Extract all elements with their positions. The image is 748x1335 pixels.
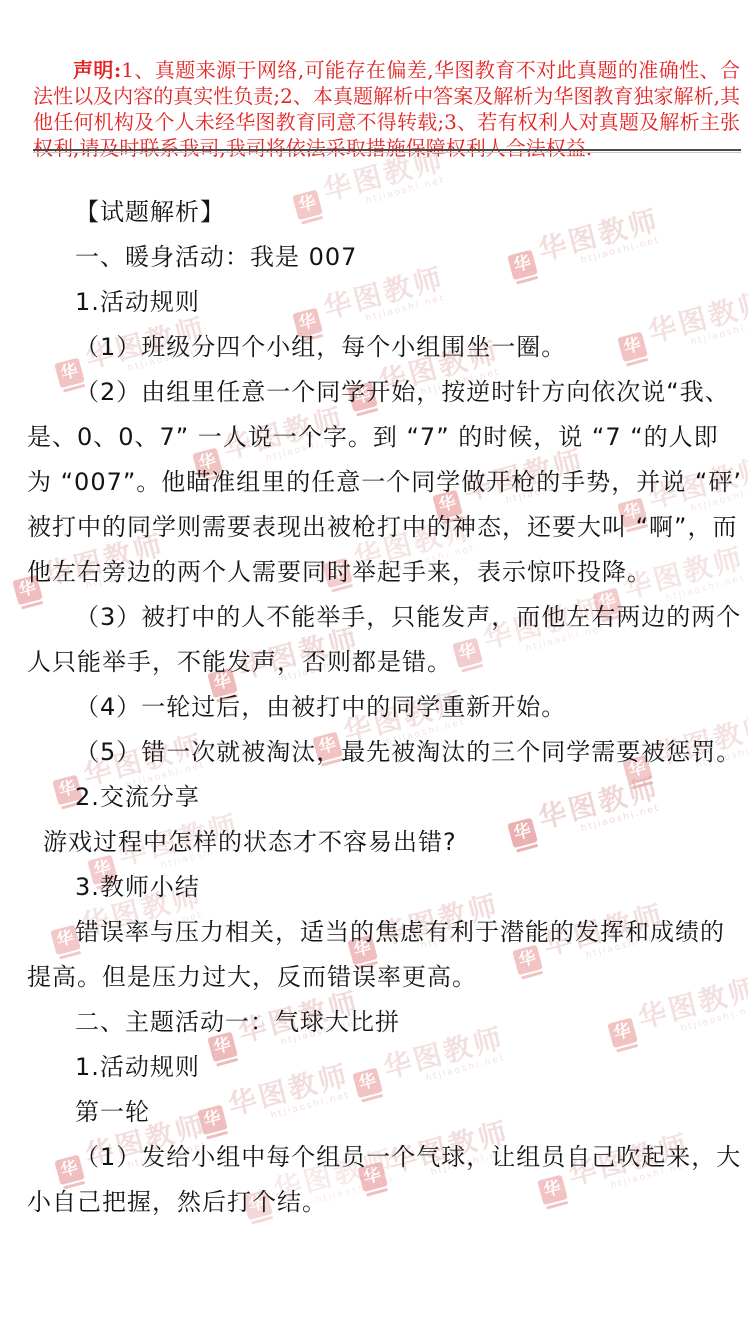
text-line: 3.教师小结 <box>27 865 740 910</box>
text-line: 2.交流分享 <box>27 775 740 820</box>
text-line: （4）一轮过后，由被打中的同学重新开始。 <box>27 685 740 730</box>
text-line: 1.活动规则 <box>27 1045 740 1090</box>
text-line: （3）被打中的人不能举手，只能发声，而他左右两边的两个 <box>27 595 740 640</box>
document-page: 华华图教师htjiaoshi.net华华图教师htjiaoshi.net华华图教… <box>0 0 748 1335</box>
text-line: 是、0、0、7” 一人说一个字。到 “7” 的时候，说 “7 “的人即 <box>27 415 740 460</box>
text-line: 小自己把握，然后打个结。 <box>27 1180 740 1225</box>
text-line: 一、暖身活动：我是 007 <box>27 235 740 280</box>
text-line: 为 “007”。他瞄准组里的任意一个同学做开枪的手势，并说 “砰”。 <box>27 460 740 505</box>
text-line: 人只能举手，不能发声，否则都是错。 <box>27 640 740 685</box>
text-line: （1）发给小组中每个组员一个气球，让组员自己吹起来，大 <box>27 1135 740 1180</box>
text-line: 【试题解析】 <box>27 190 740 235</box>
text-line: 被打中的同学则需要表现出被枪打中的神态，还要大叫 “啊”，而 <box>27 505 740 550</box>
text-line: 提高。但是压力过大，反而错误率更高。 <box>27 955 740 1000</box>
text-line: 第一轮 <box>27 1090 740 1135</box>
disclaimer-text: 1、真题来源于网络,可能存在偏差,华图教育不对此真题的准确性、合法性以及内容的真… <box>33 58 740 160</box>
text-line: 错误率与压力相关，适当的焦虑有利于潜能的发挥和成绩的 <box>27 910 740 955</box>
text-line: 游戏过程中怎样的状态才不容易出错? <box>27 820 740 865</box>
text-line: 二、主题活动一：气球大比拼 <box>27 1000 740 1045</box>
disclaimer: 声明:1、真题来源于网络,可能存在偏差,华图教育不对此真题的准确性、合法性以及内… <box>33 57 740 161</box>
text-line: 1.活动规则 <box>27 280 740 325</box>
document-body: 【试题解析】一、暖身活动：我是 0071.活动规则（1）班级分四个小组，每个小组… <box>27 190 740 1225</box>
header-divider <box>33 149 741 153</box>
text-line: （2）由组里任意一个同学开始，按逆时针方向依次说“我、 <box>27 370 740 415</box>
disclaimer-label: 声明: <box>73 58 121 82</box>
text-line: （1）班级分四个小组，每个小组围坐一圈。 <box>27 325 740 370</box>
text-line: （5）错一次就被淘汰，最先被淘汰的三个同学需要被惩罚。 <box>27 730 740 775</box>
text-line: 他左右旁边的两个人需要同时举起手来，表示惊吓投降。 <box>27 550 740 595</box>
